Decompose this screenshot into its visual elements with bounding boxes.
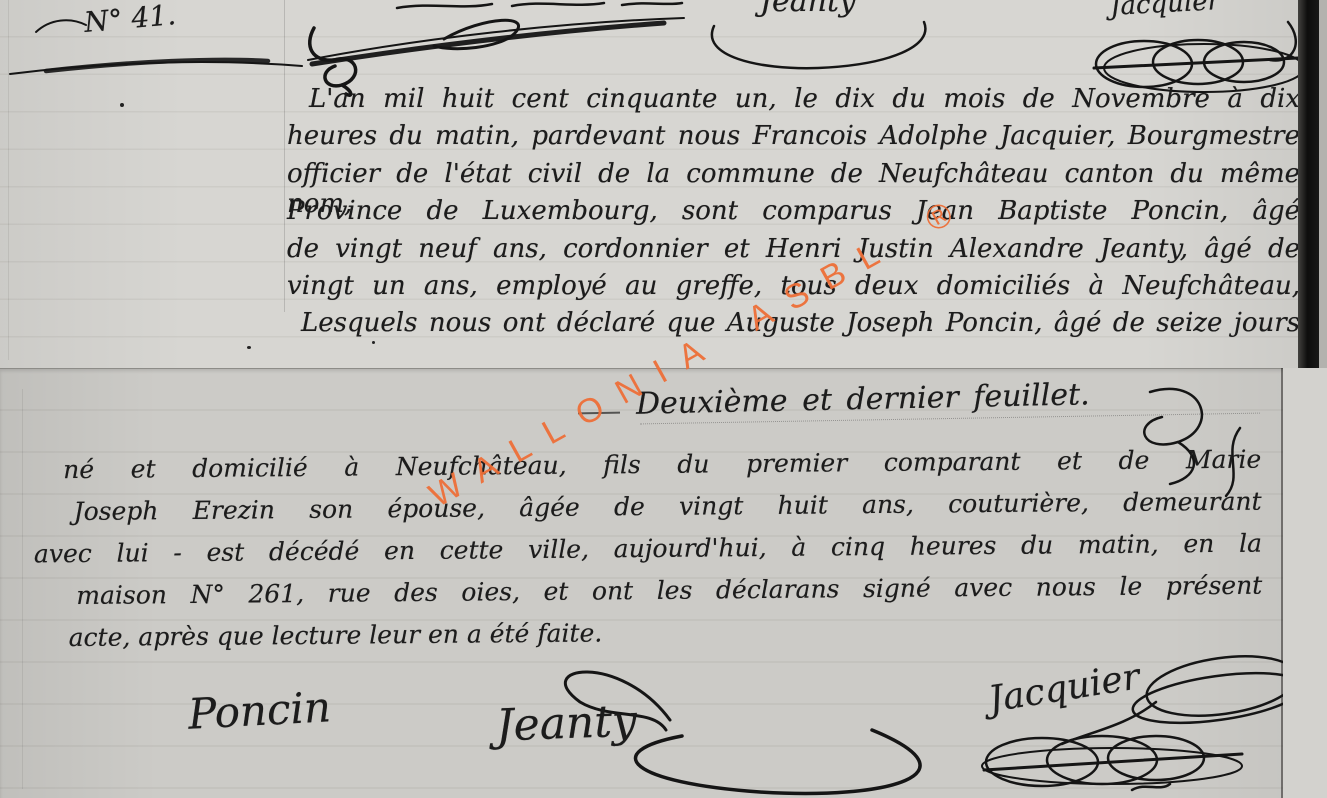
registry-scan: N° 41. Jeanty Jacquier [0, 0, 1327, 798]
handwritten-line: de vingt neuf ans, cordonnier et Henri J… [287, 234, 1300, 271]
signature-jacquier-top: Jacquier [1109, 0, 1220, 22]
margin-pen-stroke [6, 50, 316, 84]
scan-strip-first-page: N° 41. Jeanty Jacquier [0, 0, 1327, 368]
act-number-swash [30, 14, 90, 38]
page-fold-line [1281, 368, 1283, 798]
ink-speck [247, 346, 251, 349]
page-margin-right [1283, 368, 1327, 798]
ink-speck [120, 103, 124, 107]
signature-jeanty: Jeanty [495, 696, 637, 752]
signature-poncin: Poncin [187, 682, 332, 738]
paper-edge-line [22, 389, 23, 789]
act-number-text: N° 41. [83, 0, 177, 39]
ink-speck [372, 341, 375, 344]
handwritten-line: Province de Luxembourg, sont comparus Je… [287, 196, 1300, 233]
jacquier-ovals-icon [950, 640, 1327, 798]
scan-edge-strip [1319, 0, 1327, 368]
handwritten-line: L'an mil huit cent cinquante un, le dix … [287, 84, 1300, 121]
signature-flourish-topleft [302, 0, 702, 96]
scan-edge-dark-band [1298, 0, 1319, 368]
jeanty-top-flourish-icon [698, 16, 938, 74]
margin-line [284, 0, 285, 312]
handwritten-line: officier de l'état civil de la commune d… [287, 159, 1300, 196]
handwritten-line: heures du matin, pardevant nous Francois… [287, 121, 1300, 158]
